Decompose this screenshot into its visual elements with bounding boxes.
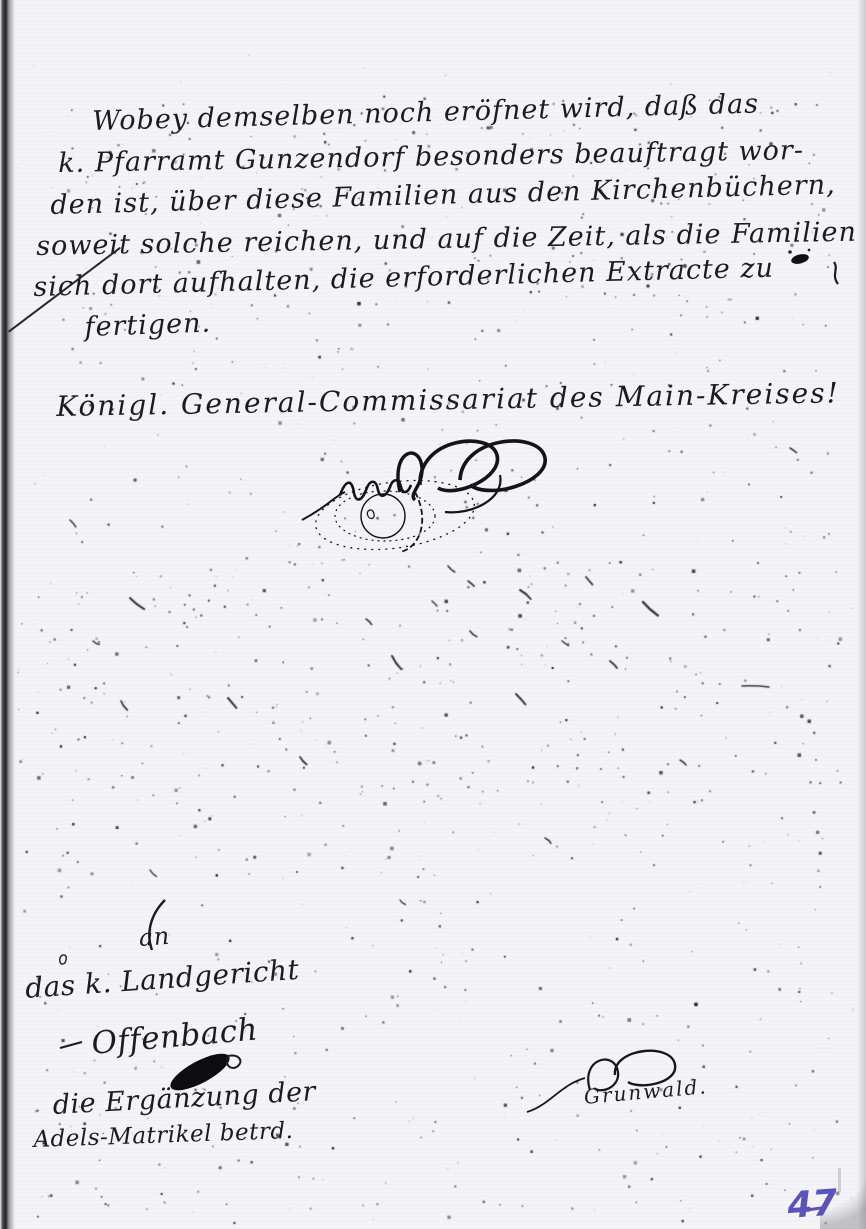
recipient-line-place: Offenbach (90, 1011, 259, 1061)
subject-line: Adels-Matrikel betrd. (33, 1118, 294, 1153)
letter-body-line: den ist, über diese Familien aus den Kir… (50, 169, 836, 221)
letter-body-line: sich dort aufhalten, die erforderlichen … (33, 253, 774, 303)
recipient-line-court: das k. Landgericht (24, 953, 300, 1005)
scanned-letter-page: Wobey demselben noch eröfnet wird, daß d… (0, 0, 866, 1229)
margin-tick-mark (838, 1168, 841, 1192)
recipient-line-an: an (138, 922, 171, 952)
letter-body-line: Wobey demselben noch eröfnet wird, daß d… (92, 89, 759, 137)
subject-line: die Ergänzung der (52, 1076, 317, 1121)
page-number: 47 (786, 1183, 839, 1227)
grunwald-signature-name: Grunwald. (583, 1074, 709, 1109)
book-binding-edge (0, 0, 15, 1229)
page-right-edge (857, 0, 866, 1229)
letter-body-line: fertigen. (84, 308, 212, 343)
issuer-line: Königl. General-Commissariat des Main-Kr… (56, 376, 840, 423)
